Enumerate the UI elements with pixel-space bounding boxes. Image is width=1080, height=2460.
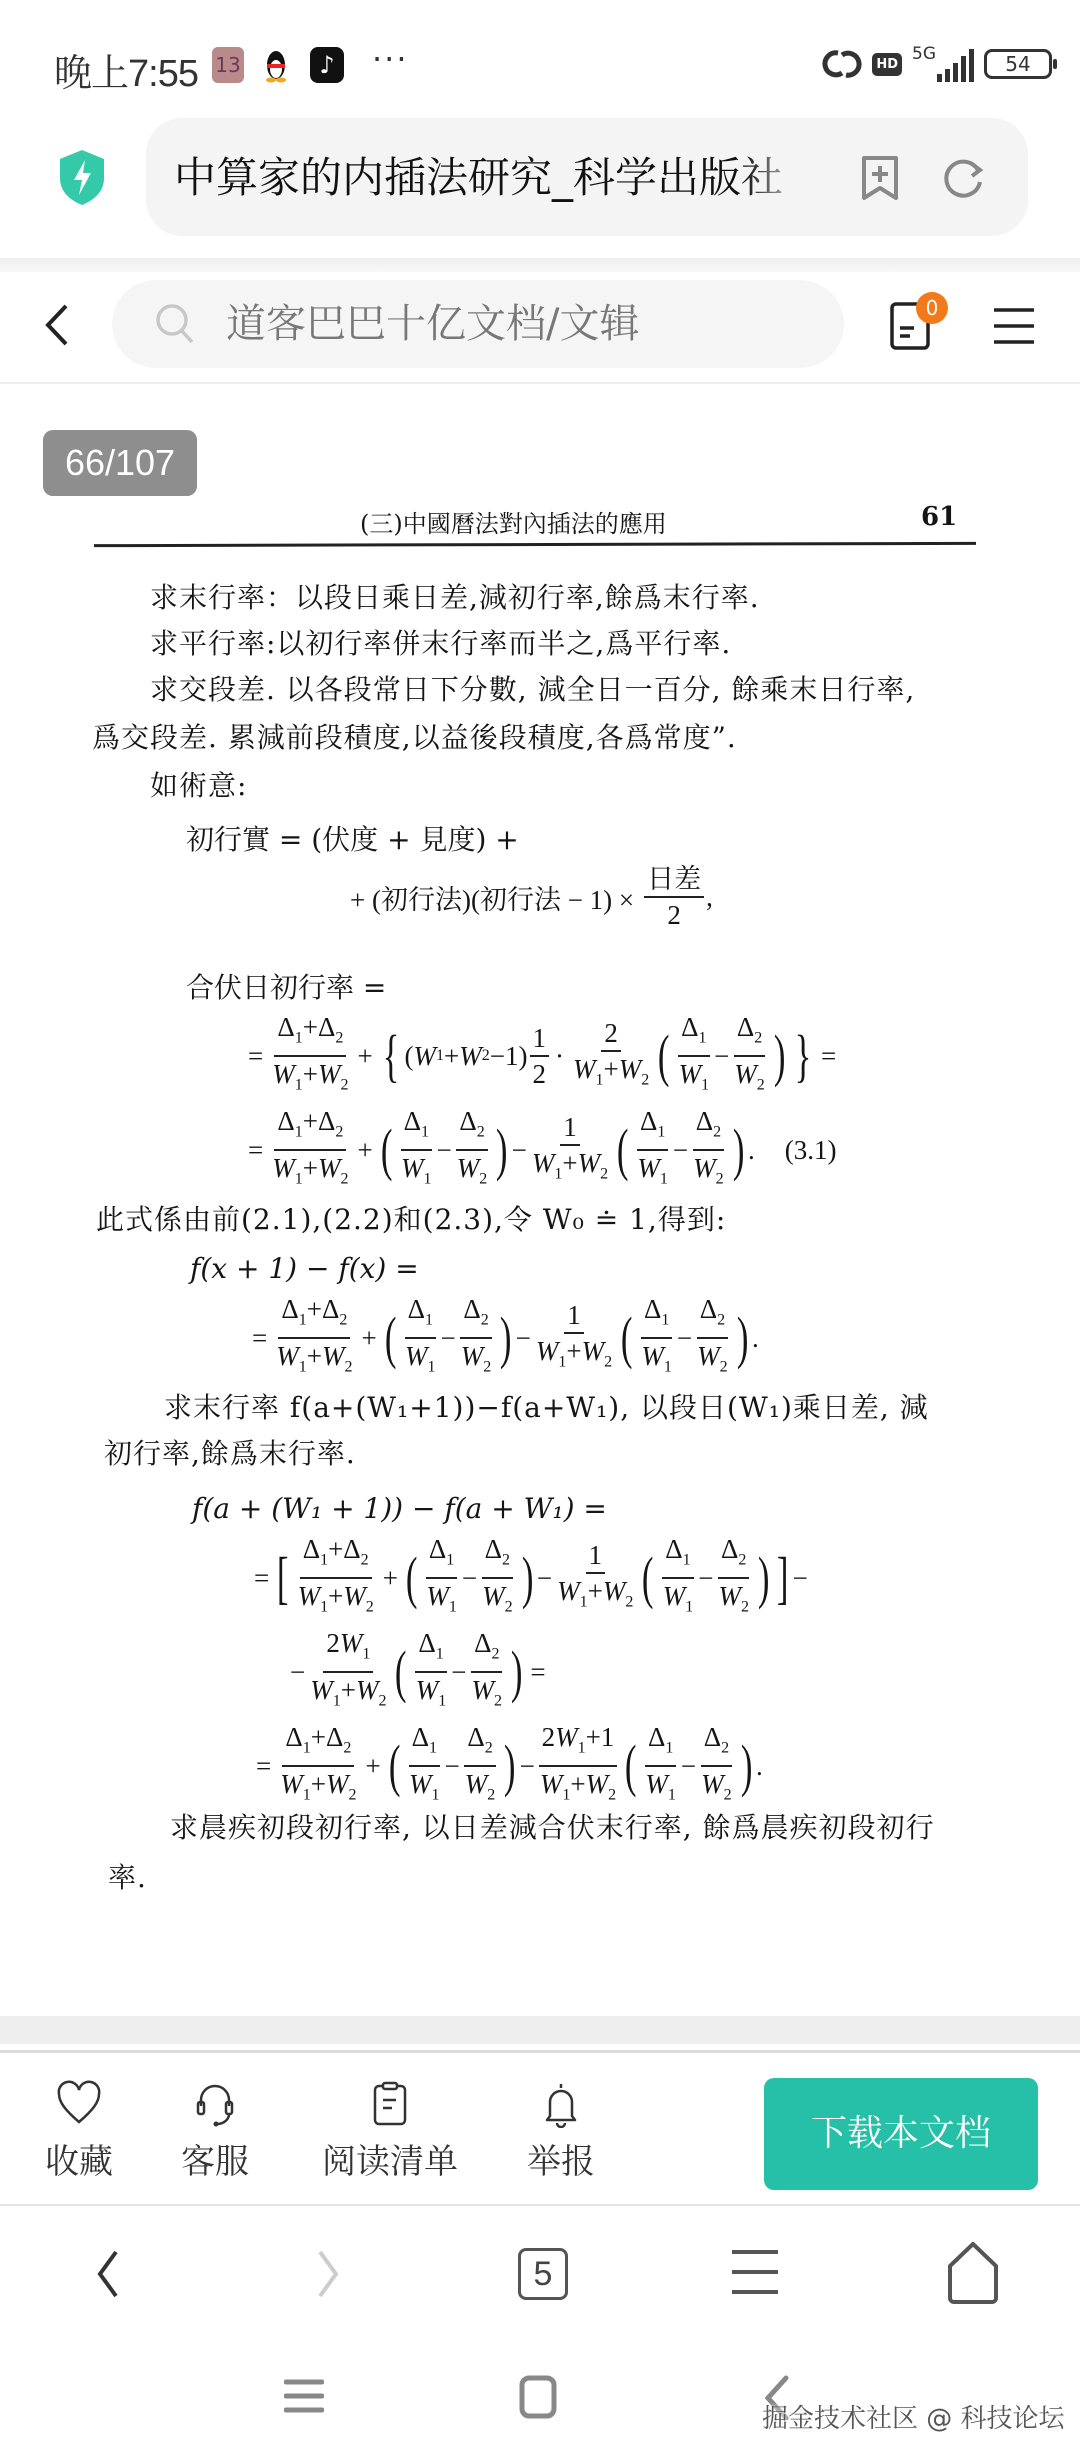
equation-line: = Δ1+Δ2W1+W2 +(Δ1W1−Δ2W2)− 1W1+W2 (Δ1W1−…	[248, 1294, 759, 1383]
browser-nav-bar: 5	[0, 2208, 1080, 2338]
battery-icon: 54	[984, 49, 1052, 79]
add-bookmark-icon[interactable]	[858, 154, 902, 202]
paragraph: 求末行率 f(a+(W₁+1))−f(a+W₁), 以段日(W₁)乘日差, 減	[164, 1386, 929, 1426]
document-viewer[interactable]: (三)中國曆法對內插法的應用 61 求末行率：以段日乘日差,減初行率,餘爲末行率…	[0, 386, 1080, 2014]
refresh-icon[interactable]	[940, 156, 986, 202]
paragraph: 如術意:	[150, 764, 247, 804]
site-header: 道客巴巴十亿文档/文辑 0	[0, 272, 1080, 384]
browser-back-icon[interactable]	[72, 2238, 142, 2308]
equation-number: (3.1)	[785, 1135, 837, 1166]
paragraph: 爲交段差. 累減前段積度,以益後段積度,各爲常度”.	[92, 716, 737, 756]
header-rule	[94, 542, 976, 547]
hd-voice-icon: HD	[872, 53, 902, 76]
paragraph: 求交段差. 以各段常日下分數, 減全日一百分, 餘乘末日行率,	[150, 668, 915, 708]
equation-line: 初行實 = (伏度 + 見度) +	[186, 818, 519, 858]
paragraph: 初行率,餘爲末行率.	[104, 1432, 356, 1472]
scanned-page: (三)中國曆法對內插法的應用 61 求末行率：以段日乘日差,減初行率,餘爲末行率…	[0, 386, 1080, 2014]
download-document-button[interactable]: 下载本文档	[764, 2078, 1038, 2190]
divider	[0, 2050, 1080, 2053]
paragraph: 求晨疾初段初行率, 以日差減合伏末行率, 餘爲晨疾初段初行	[170, 1806, 935, 1846]
search-placeholder: 道客巴巴十亿文档/文辑	[226, 298, 639, 350]
home-icon[interactable]	[518, 2374, 560, 2420]
page-title[interactable]: 中算家的内插法研究_科学出版社	[174, 150, 808, 206]
customer-service-button[interactable]: 客服	[178, 2080, 252, 2182]
watermark: 掘金技术社区 @ 科技论坛	[762, 2398, 1065, 2435]
equation-label: f(x + 1) − f(x) =	[190, 1252, 419, 1285]
divider-band	[0, 2016, 1080, 2044]
equation-line: = Δ1+Δ2W1+W2 +{(W1+W2−1) 12· 2W1+W2 (Δ1W…	[244, 1012, 840, 1101]
system-nav-bar: 掘金技术社区 @ 科技论坛	[0, 2340, 1080, 2460]
page-counter: 66/107	[43, 430, 197, 496]
bell-icon	[537, 2080, 585, 2128]
notification-app-icon: 13	[212, 47, 244, 83]
qq-icon	[263, 47, 289, 83]
heart-icon	[55, 2080, 103, 2128]
reading-list-button[interactable]: 阅读清单	[318, 2080, 462, 2182]
clipboard-icon	[366, 2080, 414, 2128]
browser-url-row: 中算家的内插法研究_科学出版社	[0, 112, 1080, 252]
page-number: 61	[921, 502, 957, 532]
tiktok-icon: ♪	[310, 47, 344, 83]
back-icon[interactable]	[38, 300, 78, 350]
report-button[interactable]: 举报	[524, 2080, 598, 2182]
paragraph: 求平行率:以初行率併末行率而半之,爲平行率.	[150, 622, 731, 662]
hotspot-link-icon	[822, 47, 862, 81]
browser-menu-icon[interactable]	[720, 2238, 790, 2308]
equation-line: −2W1W1+W2 (Δ1W1−Δ2W2)=	[290, 1628, 550, 1717]
browser-forward-icon[interactable]	[294, 2238, 364, 2308]
browser-home-icon[interactable]	[938, 2238, 1008, 2308]
more-notifications-icon: ···	[372, 40, 409, 78]
status-time: 晚上7:55	[54, 42, 198, 97]
security-shield-icon[interactable]	[56, 148, 108, 206]
status-bar: 晚上7:55 13 ♪ ··· HD 5G 54	[0, 0, 1080, 120]
paragraph: 此式係由前(2.1),(2.2)和(2.3),令 W₀ ≐ 1,得到:	[96, 1198, 726, 1238]
recents-icon[interactable]	[284, 2376, 324, 2416]
equation-line: = Δ1+Δ2W1+W2 +(Δ1W1−Δ2W2)− 2W1+1W1+W2 (Δ…	[252, 1722, 763, 1811]
search-icon	[154, 302, 196, 346]
headset-icon	[191, 2080, 239, 2128]
favorite-button[interactable]: 收藏	[42, 2080, 116, 2182]
signal-icon: 5G	[912, 46, 974, 82]
action-bar: 收藏 客服 阅读清单 举报 下载本文档	[0, 2054, 1080, 2206]
equation-line: =[ Δ1+Δ2W1+W2 +(Δ1W1−Δ2W2)− 1W1+W2 (Δ1W1…	[250, 1534, 808, 1623]
equation-line: + (初行法)(初行法 − 1) × 日差2 ,	[350, 864, 713, 930]
equation-label: f(a + (W₁ + 1)) − f(a + W₁) =	[192, 1492, 607, 1525]
tabs-button[interactable]: 5	[518, 2248, 568, 2300]
paragraph: 求末行率：以段日乘日差,減初行率,餘爲末行率.	[150, 576, 760, 616]
equation-label: 合伏日初行率 =	[186, 966, 386, 1006]
reading-list-badge: 0	[916, 292, 948, 324]
menu-icon[interactable]	[992, 306, 1036, 346]
search-input[interactable]: 道客巴巴十亿文档/文辑	[112, 280, 844, 368]
running-head: (三)中國曆法對內插法的應用	[360, 504, 667, 539]
address-bar[interactable]: 中算家的内插法研究_科学出版社	[146, 118, 1028, 236]
paragraph: 率.	[108, 1856, 147, 1896]
equation-line: = Δ1+Δ2W1+W2 +(Δ1W1−Δ2W2)− 1W1+W2 (Δ1W1−…	[244, 1106, 836, 1195]
